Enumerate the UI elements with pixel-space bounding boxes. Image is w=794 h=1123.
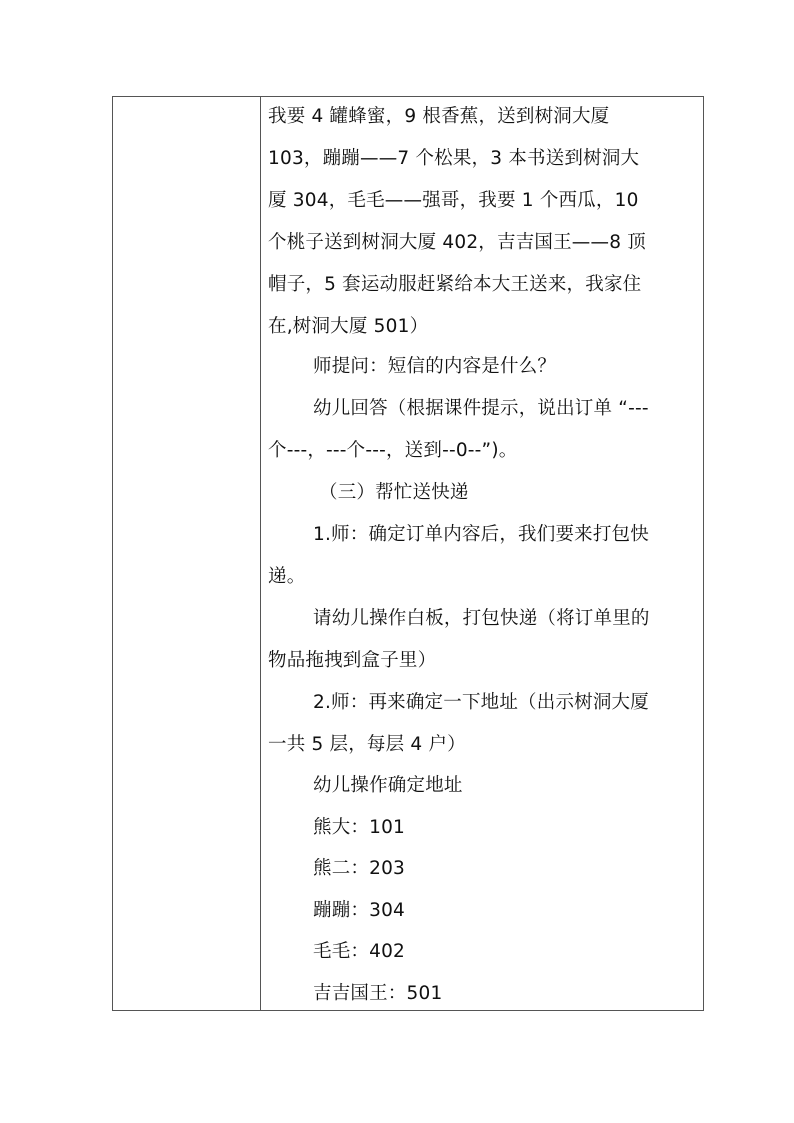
teacher-question: 师提问：短信的内容是什么？: [313, 355, 556, 379]
text-line: 103，蹦蹦——7 个松果，3 本书送到树洞大: [268, 147, 639, 171]
section-heading: （三）帮忙送快递: [319, 481, 469, 505]
child-answer: 幼儿回答（根据课件提示，说出订单 “---: [313, 397, 649, 421]
text-line: 我要 4 罐蜂蜜，9 根香蕉，送到树洞大厦: [268, 105, 609, 129]
text-line: 厦 304，毛毛——强哥，我要 1 个西瓜，10: [268, 189, 639, 213]
text-line: 递。: [268, 565, 305, 589]
address-item: 熊二：203: [313, 857, 405, 881]
text-line: 物品拖拽到盒子里）: [268, 649, 436, 673]
text-line: 个桃子送到树洞大厦 402，吉吉国王——8 顶: [268, 231, 646, 255]
text-line: 在,树洞大厦 501）: [268, 315, 428, 339]
text-line: 一共 5 层，每层 4 户）: [268, 733, 466, 757]
text-line: 请幼儿操作白板，打包快递（将订单里的: [313, 607, 650, 631]
text-line: 个---，---个---，送到--0--”)。: [268, 439, 517, 463]
step-2: 2.师：再来确定一下地址（出示树洞大厦: [313, 691, 649, 715]
address-item: 毛毛：402: [313, 940, 405, 964]
lesson-table: 我要 4 罐蜂蜜，9 根香蕉，送到树洞大厦 103，蹦蹦——7 个松果，3 本书…: [112, 96, 704, 1011]
address-item: 熊大：101: [313, 816, 405, 840]
right-column-cell: 我要 4 罐蜂蜜，9 根香蕉，送到树洞大厦 103，蹦蹦——7 个松果，3 本书…: [261, 97, 703, 1010]
left-column-cell: [113, 97, 261, 1010]
address-item: 蹦蹦：304: [313, 899, 405, 923]
text-line: 帽子，5 套运动服赶紧给本大王送来，我家住: [268, 273, 641, 297]
step-1: 1.师：确定订单内容后，我们要来打包快: [313, 523, 649, 547]
text-line: 幼儿操作确定地址: [313, 774, 463, 798]
address-item: 吉吉国王：501: [313, 982, 442, 1006]
